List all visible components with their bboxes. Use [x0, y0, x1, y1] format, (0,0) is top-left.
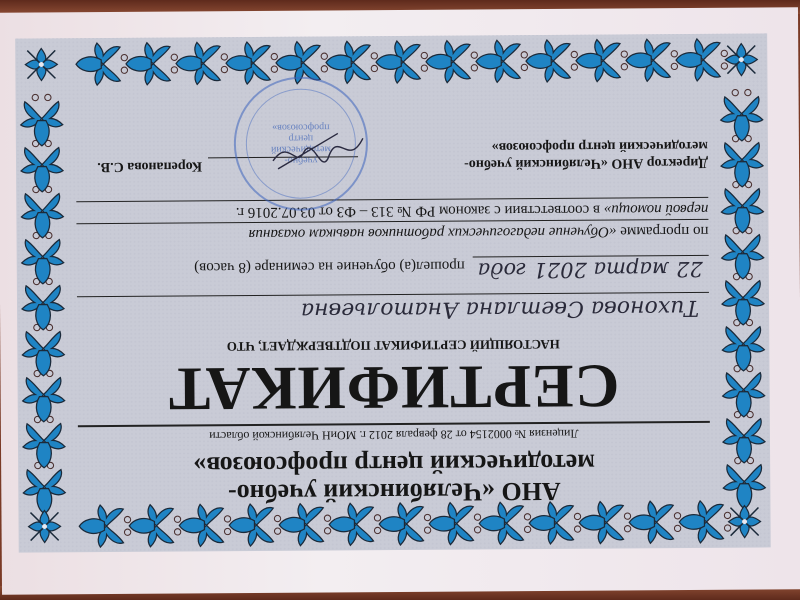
paper-sheet: АНО «Челябинский учебно- методический це…: [0, 7, 800, 595]
certificate: АНО «Челябинский учебно- методический це…: [15, 33, 771, 552]
director-position: Директор АНО «Челябинский учебно- методи…: [378, 137, 708, 173]
program-prefix: по программе: [616, 223, 708, 240]
license-text: Лицензия № 0002154 от 28 февраля 2012 г.…: [78, 425, 710, 444]
position-line-1: Директор АНО «Челябинский учебно-: [378, 154, 708, 173]
law-line: первой помощи» в соответствии с законом …: [76, 197, 708, 221]
program-name: «Обучение педагогических работников навы…: [248, 223, 616, 242]
certificate-content: АНО «Челябинский учебно- методический це…: [75, 68, 710, 512]
date-handwritten: 22 марта 2021 года: [473, 255, 709, 288]
handwritten-signature: [258, 118, 368, 179]
organization-line-2: методический центр профсоюзов»: [78, 448, 710, 480]
date-row: 22 марта 2021 года прошел(а) обучение на…: [77, 255, 709, 290]
recipient-name-handwritten: Тихонова Светлана Анатольевна: [77, 292, 709, 331]
signature-block: Директор АНО «Челябинский учебно- методи…: [76, 137, 708, 175]
position-line-2: методический центр профсоюзов»: [378, 137, 708, 156]
program-line: по программе «Обучение педагогических ра…: [76, 219, 708, 243]
passed-text: прошел(а) обучение на семинаре (8 часов): [194, 257, 465, 276]
organization-name: АНО «Челябинский учебно- методический це…: [78, 448, 710, 508]
organization-line-1: АНО «Челябинский учебно-: [78, 476, 710, 508]
director-name: Корепанова С.В.: [97, 157, 202, 175]
program-name-continuation: первой помощи»: [604, 201, 709, 218]
certificate-title: СЕРТИФИКАТ: [77, 353, 709, 421]
